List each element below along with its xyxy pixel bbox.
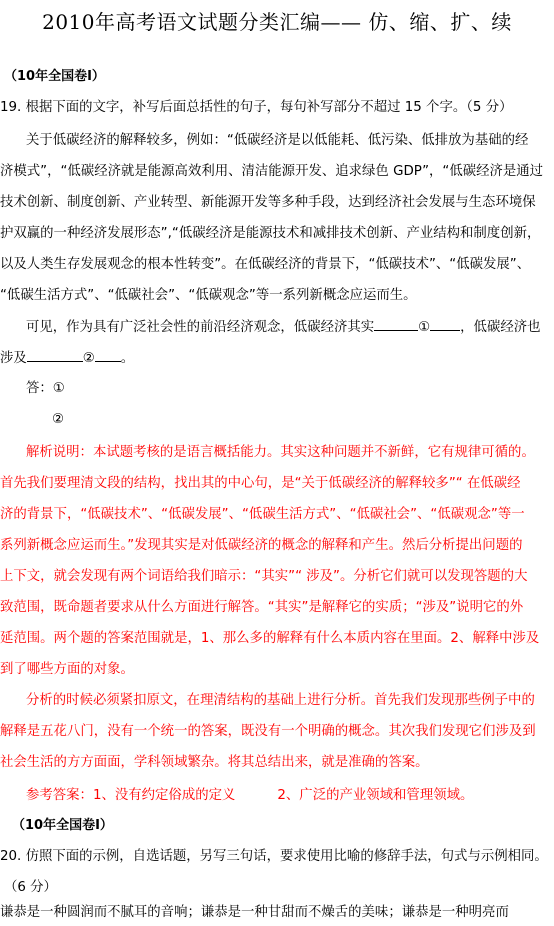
analysis-line: 上下文，就会发现有两个词语给我们暗示：“其实”“ 涉及”。分析它们就可以发现答题…	[0, 568, 554, 586]
fill-text-after: ，低碳经济也	[460, 320, 540, 335]
analysis-line: 济的背景下，“低碳技术”、“低碳发展”、“低碳生活方式”、“低碳社会”、“低碳观…	[0, 506, 554, 524]
answer-line-2: ②	[0, 411, 554, 429]
passage-line: 济模式”，“低碳经济就是能源高效利用、清洁能源开发、追求绿色 GDP”，“低碳经…	[0, 163, 554, 181]
fill-text-after: 。	[121, 351, 134, 366]
fill-in-line-2: 涉及②。	[0, 349, 554, 368]
answer-line-1: 答：①	[0, 380, 554, 398]
question-20: 20. 仿照下面的示例，自选话题，另写三句话，要求使用比喻的修辞手法，句式与示例…	[0, 848, 554, 866]
blank-field	[27, 349, 83, 362]
question-points: （6 分）	[0, 879, 554, 897]
blank-marker-2: ②	[83, 351, 95, 366]
analysis-line: 延范围。两个题的答案范围就是，1、那么多的解释有什么本质内容在里面。2、解释中涉…	[0, 630, 554, 648]
analysis-line: 首先我们要理清文段的结构，找出其的中心句，是“关于低碳经济的解释较多”“ 在低碳…	[0, 475, 554, 493]
fill-text-before: 可见，作为具有广泛社会性的前沿经济观念，低碳经济其实	[26, 320, 374, 335]
answer-label: 答：	[26, 381, 53, 396]
analysis-line: 社会生活的方方面面，学科领域繁杂。将其总结出来，就是准确的答案。	[0, 754, 554, 772]
reference-answer: 参考答案：1、没有约定俗成的定义2、广泛的产业领域和管理领域。	[0, 787, 554, 805]
source-label-19: （10年全国卷Ⅰ）	[4, 68, 105, 86]
analysis-line: 解释是五花八门，没有一个统一的答案，既没有一个明确的概念。其次我们发现它们涉及到	[0, 723, 554, 741]
analysis-line: 系列新概念应运而生。”发现其实是对低碳经济的概念的解释和产生。然后分析提出问题的	[0, 537, 554, 555]
fill-text-before: 涉及	[0, 351, 27, 366]
question-19: 19. 根据下面的文字，补写后面总括性的句子，每句补写部分不超过 15 个字。（…	[0, 99, 554, 117]
question-number: 20.	[0, 849, 21, 864]
passage-line: 以及人类生存发展观念的根本性转变”。在低碳经济的背景下，“低碳技术”、“低碳发展…	[0, 256, 554, 274]
question-text: 仿照下面的示例，自选话题，另写三句话，要求使用比喻的修辞手法，句式与示例相同。	[26, 849, 548, 864]
analysis-line: 解析说明：本试题考核的是语言概括能力。其实这种问题并不新鲜，它有规律可循的。	[0, 444, 554, 462]
reference-answer-item-2: 2、广泛的产业领域和管理领域。	[277, 788, 473, 803]
question-number: 19.	[0, 100, 21, 115]
blank-field	[95, 349, 121, 362]
passage-line: “低碳生活方式”、“低碳社会”、“低碳观念”等一系列新概念应运而生。	[0, 287, 554, 305]
passage-line: 护双赢的一种经济发展形态”,“低碳经济是能源技术和减排技术创新、产业结构和制度创…	[0, 225, 554, 243]
analysis-line: 到了哪些方面的对象。	[0, 661, 554, 679]
passage-line: 技术创新、制度创新、产业转型、新能源开发等多种手段，达到经济社会发展与生态环境保	[0, 194, 554, 212]
question-text: 根据下面的文字，补写后面总括性的句子，每句补写部分不超过 15 个字。（5 分）	[26, 100, 513, 115]
answer-marker-2: ②	[52, 412, 64, 427]
reference-answer-item-1: 1、没有约定俗成的定义	[93, 788, 235, 803]
fill-in-line-1: 可见，作为具有广泛社会性的前沿经济观念，低碳经济其实①，低碳经济也	[0, 318, 554, 337]
analysis-line: 分析的时候必须紧扣原文，在理清结构的基础上进行分析。首先我们发现那些例子中的	[0, 692, 554, 710]
document-title: 2010年高考语文试题分类汇编—— 仿、缩、扩、续	[0, 8, 554, 36]
reference-answer-label: 参考答案：	[26, 788, 93, 803]
blank-field	[374, 318, 418, 331]
answer-marker-1: ①	[53, 381, 65, 396]
blank-marker-1: ①	[418, 320, 430, 335]
analysis-line: 致范围，既命题者要求从什么方面进行解答。“其实”是解释它的实质；“涉及”说明它的…	[0, 599, 554, 617]
passage-line: 关于低碳经济的解释较多，例如：“低碳经济是以低能耗、低污染、低排放为基础的经	[0, 132, 554, 150]
blank-field	[430, 318, 460, 331]
source-label-20: （10年全国卷Ⅰ）	[12, 817, 113, 835]
example-line: 谦恭是一种圆润而不腻耳的音响；谦恭是一种甘甜而不燥舌的美味；谦恭是一种明亮而	[0, 904, 554, 922]
